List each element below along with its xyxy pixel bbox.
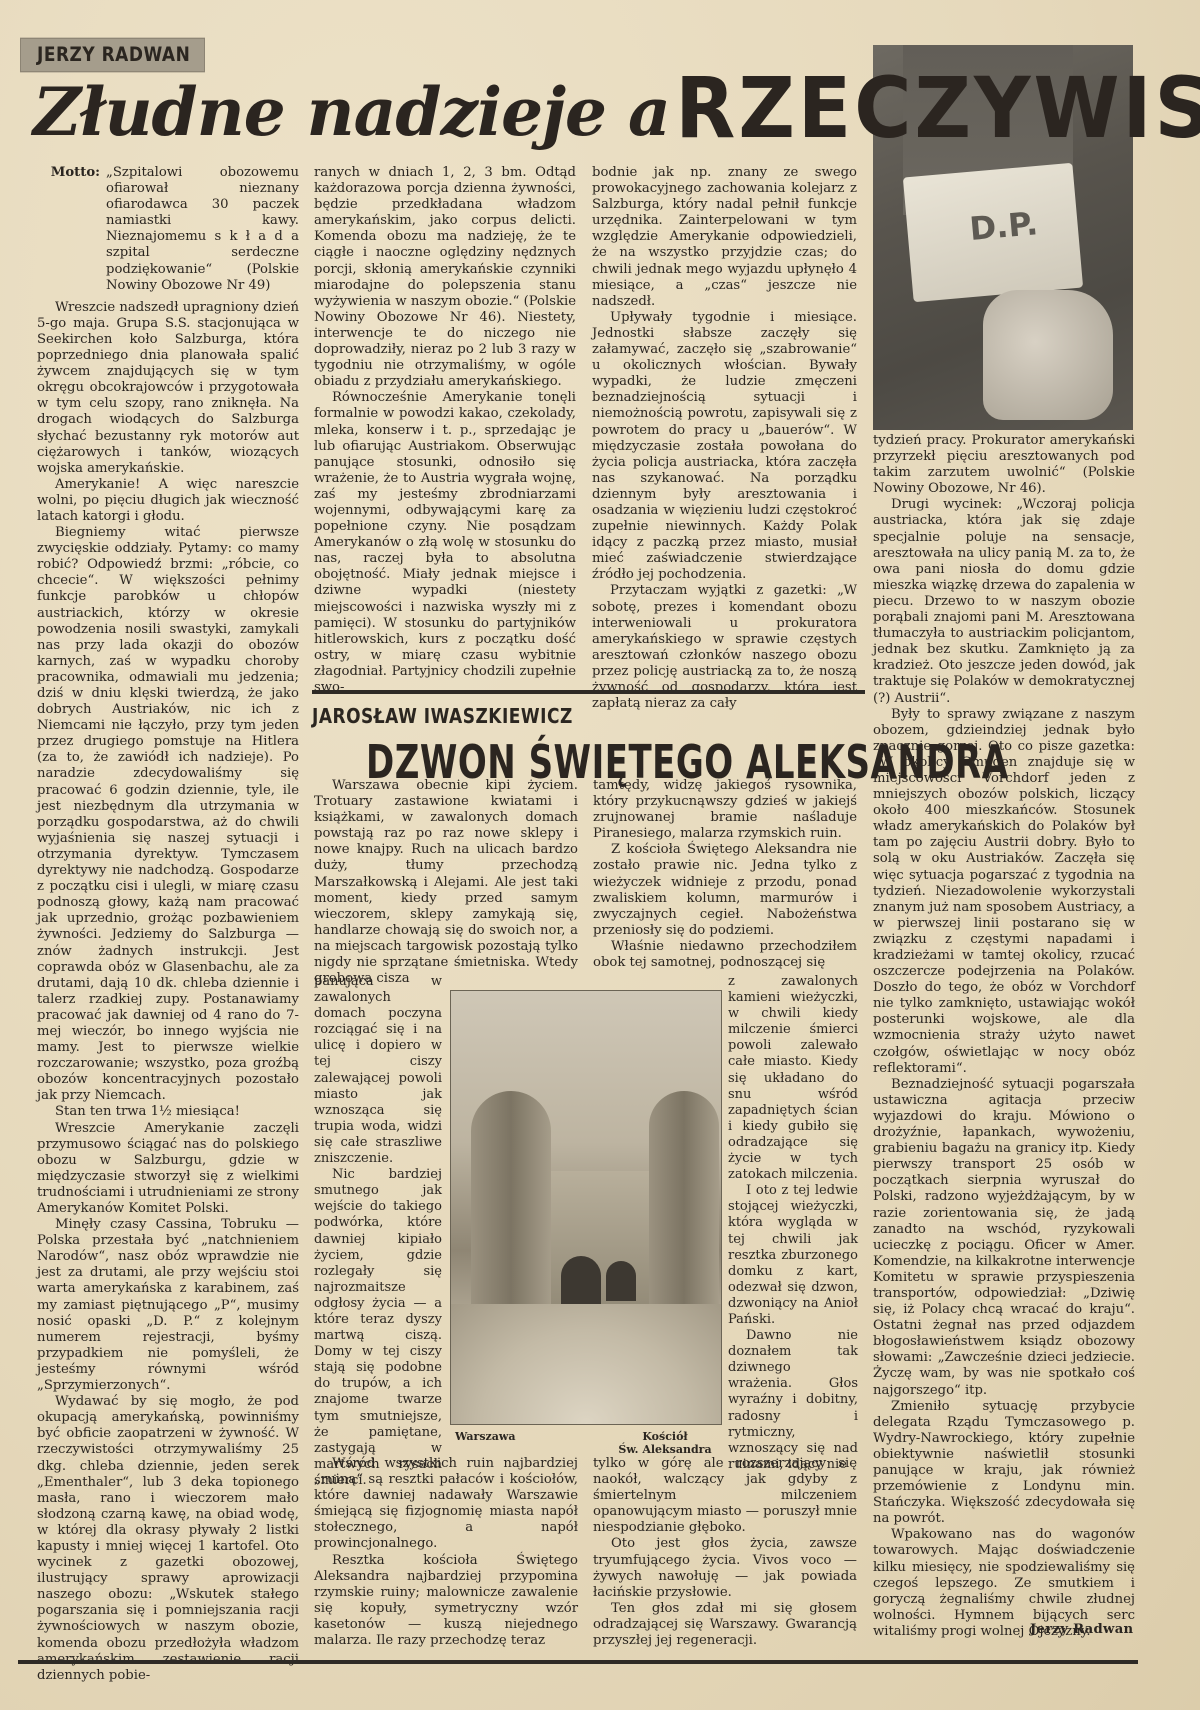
paragraph: Stan ten trwa 1½ miesiąca! <box>37 1104 299 1120</box>
section-divider <box>312 690 865 694</box>
caption-line: Św. Aleksandra <box>610 1443 720 1456</box>
paragraph: Ten głos zdał mi się głosem odradzającej… <box>593 1601 857 1649</box>
motto-label: Motto: <box>37 165 106 294</box>
paragraph: Wydawać by się mogło, że pod okupacją am… <box>37 1394 299 1684</box>
paragraph: Zmieniło sytuację przybycie delegata Rzą… <box>873 1399 1135 1528</box>
article1-signature: Jerzy Radwan <box>1030 1622 1133 1637</box>
article1-column-1: Motto: „Szpitalowi obozowemu ofiarował n… <box>37 165 299 1684</box>
paragraph: bodnie jak np. znany ze swego prowokacyj… <box>592 165 857 310</box>
article2-column-2-narrow: z zawalonych kamieni wieżyczki, w chwili… <box>728 974 858 1473</box>
motto-text: „Szpitalowi obozowemu ofiarował nieznany… <box>106 165 299 294</box>
article1-column-3: bodnie jak np. znany ze swego prowokacyj… <box>592 165 857 712</box>
photo-caption-left: Warszawa <box>455 1430 515 1443</box>
paragraph: Wreszcie Amerykanie zaczęli przymusowo ś… <box>37 1121 299 1218</box>
article2-column-1-bottom: Wśród wszystkich ruin najbardziej „ruiną… <box>314 1456 578 1649</box>
paragraph: z zawalonych kamieni wieżyczki, w chwili… <box>728 974 858 1183</box>
article1-column-4: tydzień pracy. Prokurator amerykański pr… <box>873 433 1135 1640</box>
paragraph: tylko w górę ale rozszerzający się naokó… <box>593 1456 857 1536</box>
paragraph: Biegniemy witać pierwsze zwycięskie oddz… <box>37 525 299 1104</box>
photo-caption-right: Kościół Św. Aleksandra <box>610 1430 720 1456</box>
headline-script-part: Złudne nadzieje a <box>33 73 670 151</box>
paragraph: Drugi wycinek: „Wczoraj policja austriac… <box>873 497 1135 706</box>
paragraph: Oto jest głos życia, zawsze tryumfująceg… <box>593 1536 857 1600</box>
paragraph: Równocześnie Amerykanie tonęli formalnie… <box>314 390 576 696</box>
paragraph: Wśród wszystkich ruin najbardziej „ruiną… <box>314 1456 578 1553</box>
rubble <box>451 1304 721 1424</box>
fist <box>983 290 1113 420</box>
paragraph: Amerykanie! A więc nareszcie wolni, po p… <box>37 477 299 525</box>
paragraph: Upływały tygodnie i miesiące. Jednostki … <box>592 310 857 584</box>
paragraph: tydzień pracy. Prokurator amerykański pr… <box>873 433 1135 497</box>
paragraph: Nic bardziej smutnego jak wejście do tak… <box>314 1167 442 1489</box>
paragraph: Z kościoła Świętego Aleksandra nie zosta… <box>593 842 857 939</box>
arch <box>606 1261 636 1301</box>
armband: D.P. <box>903 163 1083 302</box>
article2-column-1-narrow: panująca w zawalonych domach poczyna roz… <box>314 974 442 1489</box>
paragraph: I oto z tej ledwie stojącej wieżyczki, k… <box>728 1183 858 1328</box>
paragraph: Minęły czasy Cassina, Tobruku — Polska p… <box>37 1217 299 1394</box>
article2-column-2-bottom: tylko w górę ale rozszerzający się naokó… <box>593 1456 857 1649</box>
paragraph: Resztka kościoła Świętego Aleksandra naj… <box>314 1553 578 1650</box>
armband-text: D.P. <box>968 204 1040 248</box>
paragraph: Beznadziejność sytuacji pogarszała ustaw… <box>873 1077 1135 1399</box>
paragraph: Właśnie niedawno przechodziłem obok tej … <box>593 939 857 971</box>
paragraph: Warszawa obecnie kipi życiem. Trotuary z… <box>314 778 578 987</box>
caption-line: Kościół <box>610 1430 720 1443</box>
article2-column-2-top: tamtędy, widzę jakiegoś rysownika, który… <box>593 778 857 971</box>
article1-headline: Złudne nadzieje a RZECZYWISTOŚĆ <box>33 70 1200 148</box>
paragraph: tamtędy, widzę jakiegoś rysownika, który… <box>593 778 857 842</box>
bottom-rule <box>18 1660 1138 1664</box>
author-byline-iwaszkiewicz: JAROSŁAW IWASZKIEWICZ <box>312 705 573 729</box>
headline-caps-part: RZECZYWISTOŚĆ <box>675 67 1200 151</box>
church-ruins-photo <box>450 990 722 1425</box>
paragraph: panująca w zawalonych domach poczyna roz… <box>314 974 442 1167</box>
motto: Motto: „Szpitalowi obozowemu ofiarował n… <box>37 165 299 294</box>
article2-column-1-top: Warszawa obecnie kipi życiem. Trotuary z… <box>314 778 578 987</box>
paragraph: Dawno nie doznałem tak dziwnego wrażenia… <box>728 1328 858 1473</box>
paragraph: Wreszcie nadszedł upragniony dzień 5-go … <box>37 300 299 477</box>
article1-column-2: ranych w dniach 1, 2, 3 bm. Odtąd każdor… <box>314 165 576 696</box>
paragraph: ranych w dniach 1, 2, 3 bm. Odtąd każdor… <box>314 165 576 390</box>
author-byline-jerzy-radwan: JERZY RADWAN <box>20 38 205 73</box>
author-name: JERZY RADWAN <box>37 44 190 67</box>
